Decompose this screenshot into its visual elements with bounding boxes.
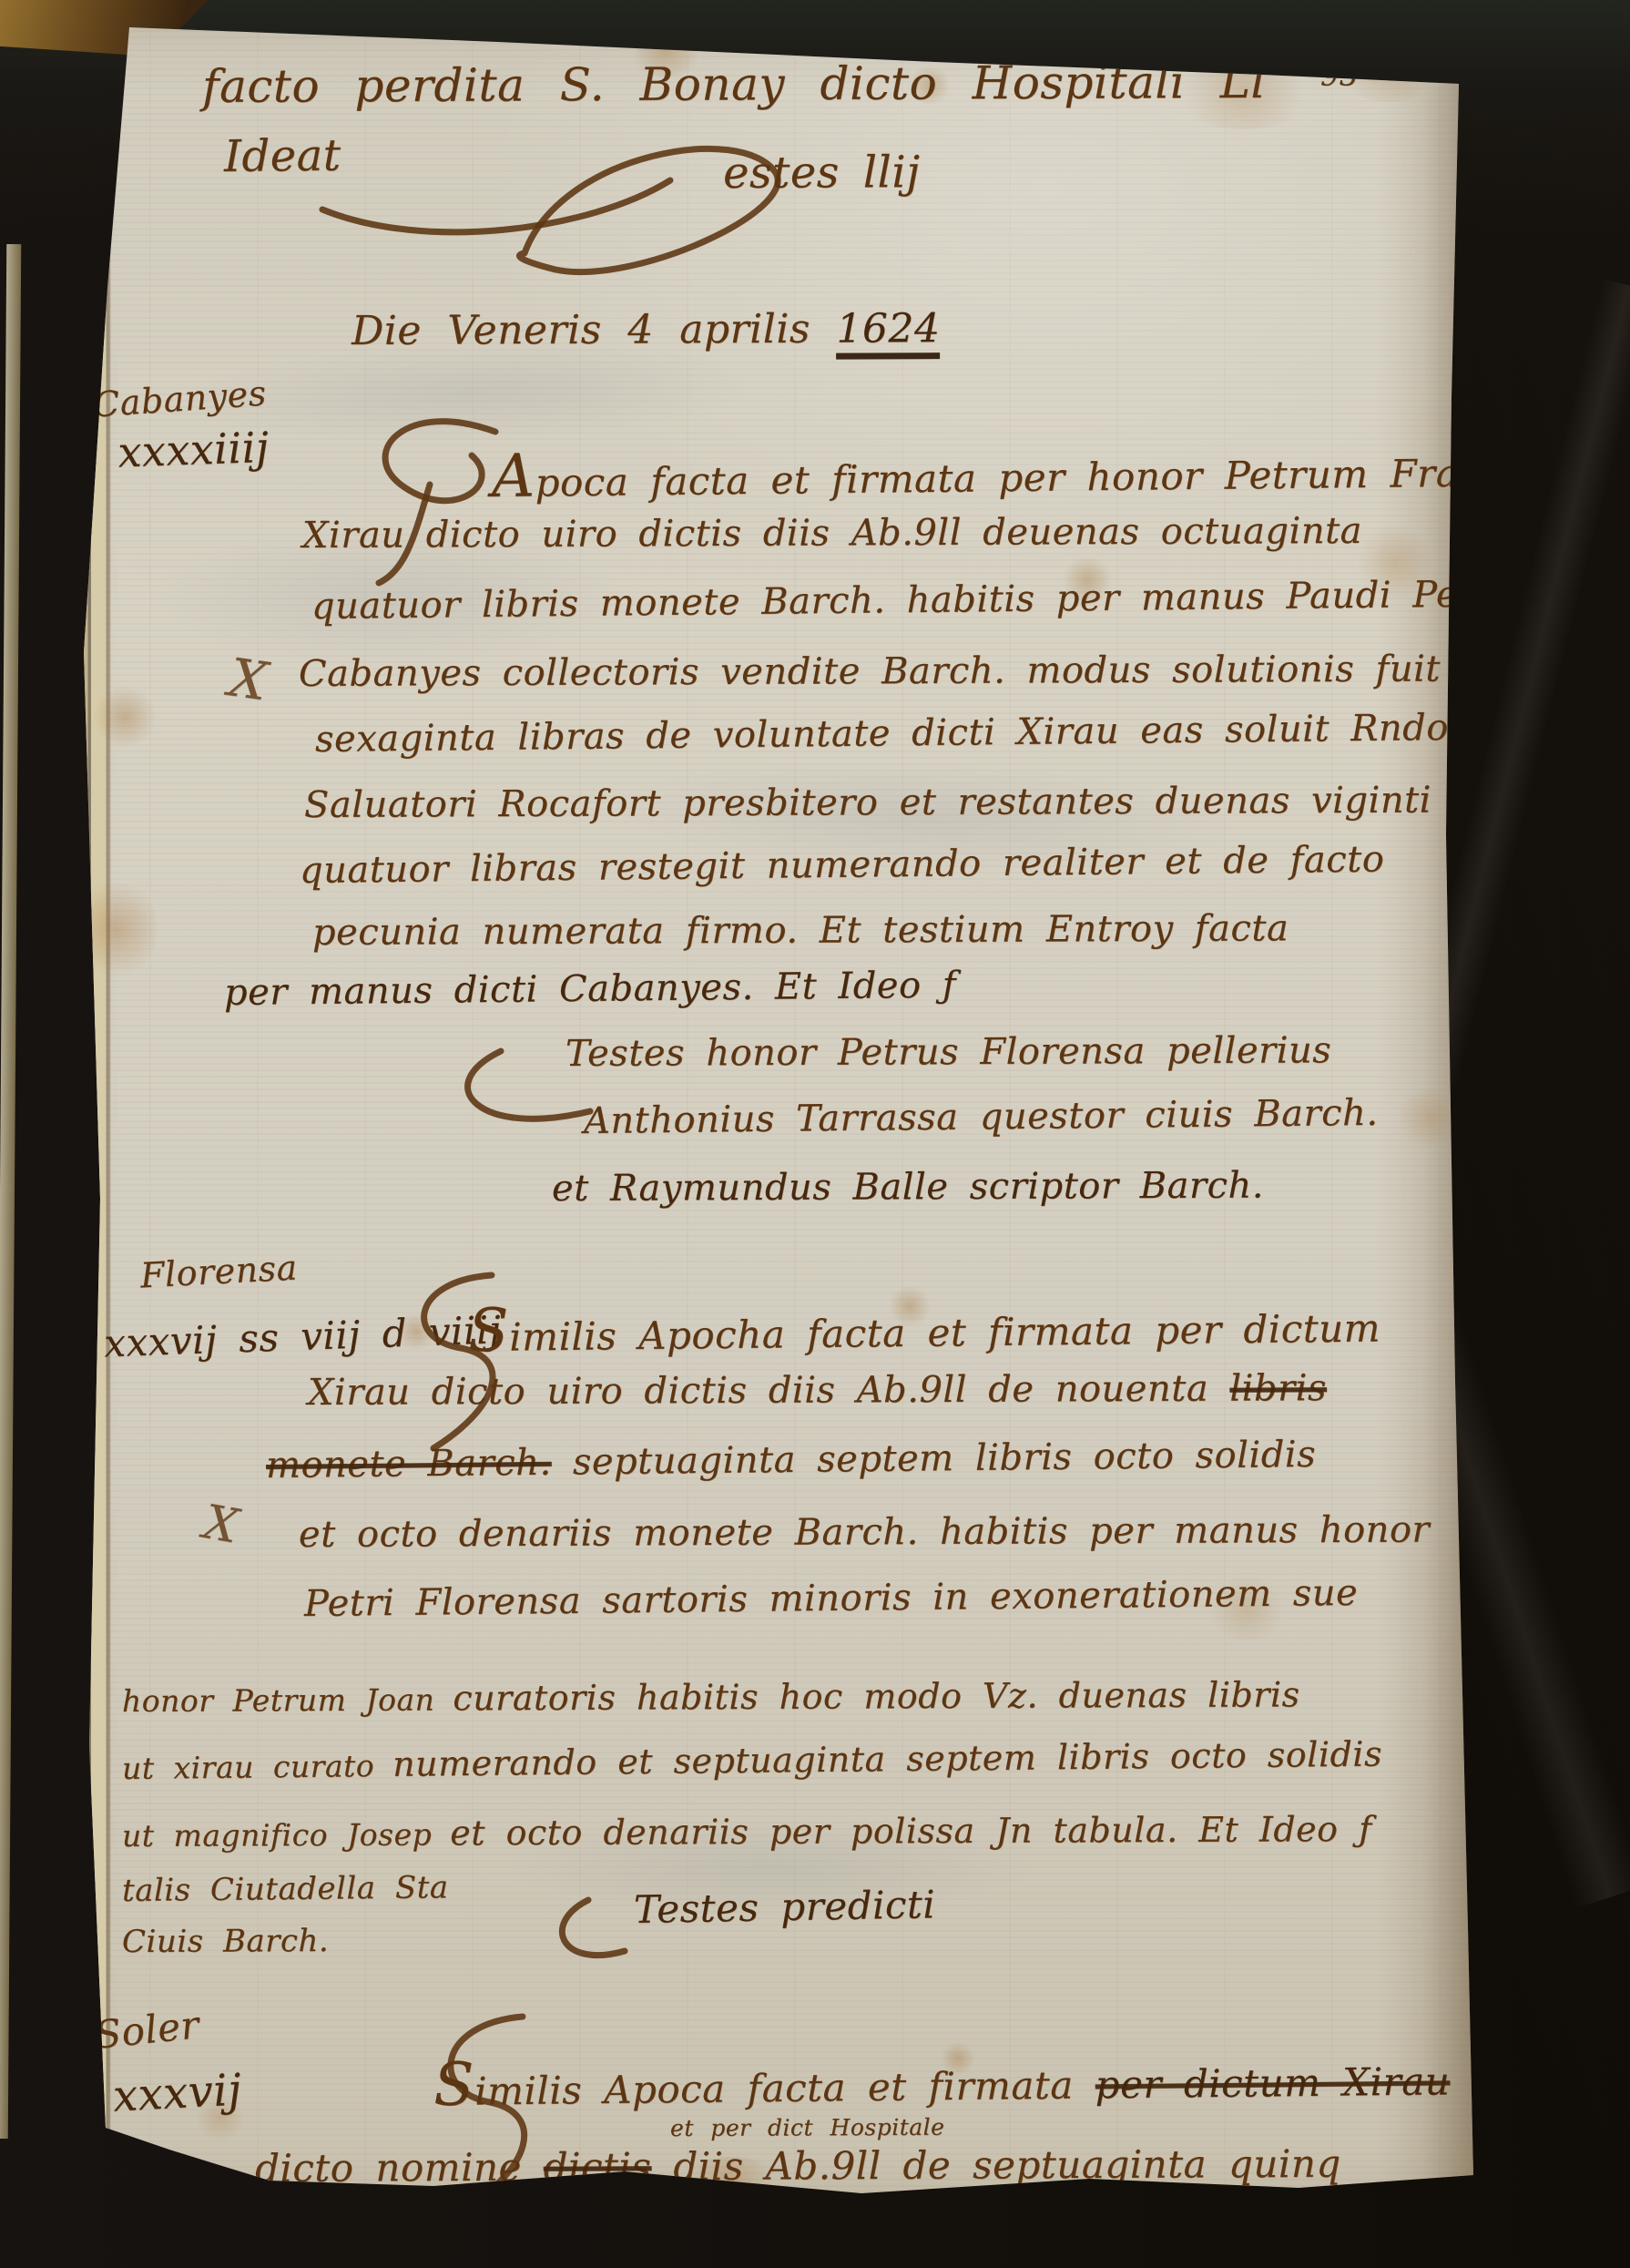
- entry2-line: et octo denariis monete Barch. habitis p…: [299, 1509, 1430, 1556]
- row-main-text: numerando et septuaginta septem libris o…: [392, 1734, 1382, 1784]
- flourish-underline-swash: [315, 168, 679, 250]
- row-margin-text: ut magnifico Josep: [122, 1817, 432, 1854]
- row-margin-text: talis Ciutadella Sta: [122, 1869, 449, 1909]
- entry2-continuation-row: ut magnifico Josepet octo denariis per p…: [122, 1809, 1372, 1854]
- flourish-initial-entry1: [342, 397, 515, 588]
- entry2-line: Xirau dicto uiro dictis diis Ab.9ll de n…: [308, 1367, 1327, 1414]
- entry1-line: per manus dicti Cabanyes. Et Ideo ƒ: [224, 965, 957, 1014]
- date-year-underlined: 1624: [836, 305, 940, 359]
- entry3-interline-addition: et per dict Hospitale: [670, 2114, 945, 2141]
- date-text: Die Veneris 4 aprilis: [351, 306, 837, 354]
- row-margin-text: ut xirau curato: [122, 1748, 375, 1786]
- entry2-continuation-row: ut xirau curatonumerando et septuaginta …: [122, 1734, 1382, 1787]
- stain: [93, 685, 157, 749]
- flourish-testes-predicti: [534, 1887, 634, 1969]
- entry2-continuation-row: honor Petrum Joancuratoris habitis hoc m…: [122, 1674, 1300, 1720]
- entry1-line: Saluatori Rocafort presbitero et restant…: [304, 780, 1431, 826]
- entry1-line: Cabanyes collectoris vendite Barch. modu…: [299, 648, 1501, 695]
- margin-check-mark-entry2: X: [199, 1495, 242, 1555]
- entry2-continuation-row: talis Ciutadella Sta: [122, 1869, 449, 1909]
- entry2-testes-line: Testes predicti: [634, 1882, 936, 1932]
- margin-account-name-florensa: Florensa: [139, 1248, 299, 1296]
- entry1-line: quatuor libras restegit numerando realit…: [300, 839, 1385, 892]
- entry1-line: Apoca facta et firmata per honor Petrum …: [492, 432, 1532, 511]
- row-margin-text: Ciuis Barch.: [122, 1923, 329, 1960]
- entry1-line: pecunia numerata firmo. Et testium Entro…: [312, 907, 1289, 954]
- entry2-line3-text: septuaginta septem libris octo solidis: [551, 1434, 1316, 1484]
- entry3-line: Similis Apoca facta et firmata per dictu…: [433, 2040, 1451, 2120]
- entry2-line3-struck-words: monete Barch.: [266, 1442, 552, 1486]
- entry3-line1-text: Similis Apoca facta et firmata: [433, 2062, 1095, 2114]
- witness-line: Testes honor Petrus Florensa pellerius: [565, 1029, 1331, 1075]
- witness-line: Anthonius Tarrassa questor ciuis Barch.: [584, 1092, 1379, 1142]
- header-subtitle-right: estes llij: [723, 147, 921, 199]
- entry3-line1-struck-words: per dictum Xirau: [1095, 2059, 1450, 2107]
- row-margin-text: honor Petrum Joan: [122, 1682, 435, 1719]
- entry2-line: Petri Florensa sartoris minoris in exone…: [304, 1572, 1359, 1625]
- date-line: Die Veneris 4 aprilis 1624: [351, 305, 941, 354]
- entry2-continuation-row: Ciuis Barch.: [122, 1923, 329, 1960]
- row-main-text: curatoris habitis hoc modo Vz. duenas li…: [453, 1674, 1299, 1718]
- margin-account-name-soler: Soler: [93, 2002, 201, 2058]
- entry2-line2-text: Xirau dicto uiro dictis diis Ab.9ll de n…: [308, 1368, 1230, 1414]
- manuscript-page: facto perdita S. Bonay dicto Hospitali L…: [42, 15, 1477, 2219]
- witness-line: et Raymundus Balle scriptor Barch.: [552, 1165, 1264, 1210]
- entry2-line2-struck-word: libris: [1229, 1367, 1327, 1409]
- entry1-line: Xirau dicto uiro dictis diis Ab.9ll deue…: [302, 510, 1362, 557]
- entry2-line: Similis Apocha facta et firmata per dict…: [468, 1288, 1381, 1365]
- entry3-line2-text-rest: diis Ab.9ll de septuaginta quinq: [651, 2141, 1341, 2189]
- row-main-text: et octo denariis per polissa Jn tabula. …: [450, 1809, 1372, 1853]
- margin-check-mark-entry1: X: [225, 646, 271, 712]
- entry1-line: sexaginta libras de voluntate dicti Xira…: [315, 707, 1449, 761]
